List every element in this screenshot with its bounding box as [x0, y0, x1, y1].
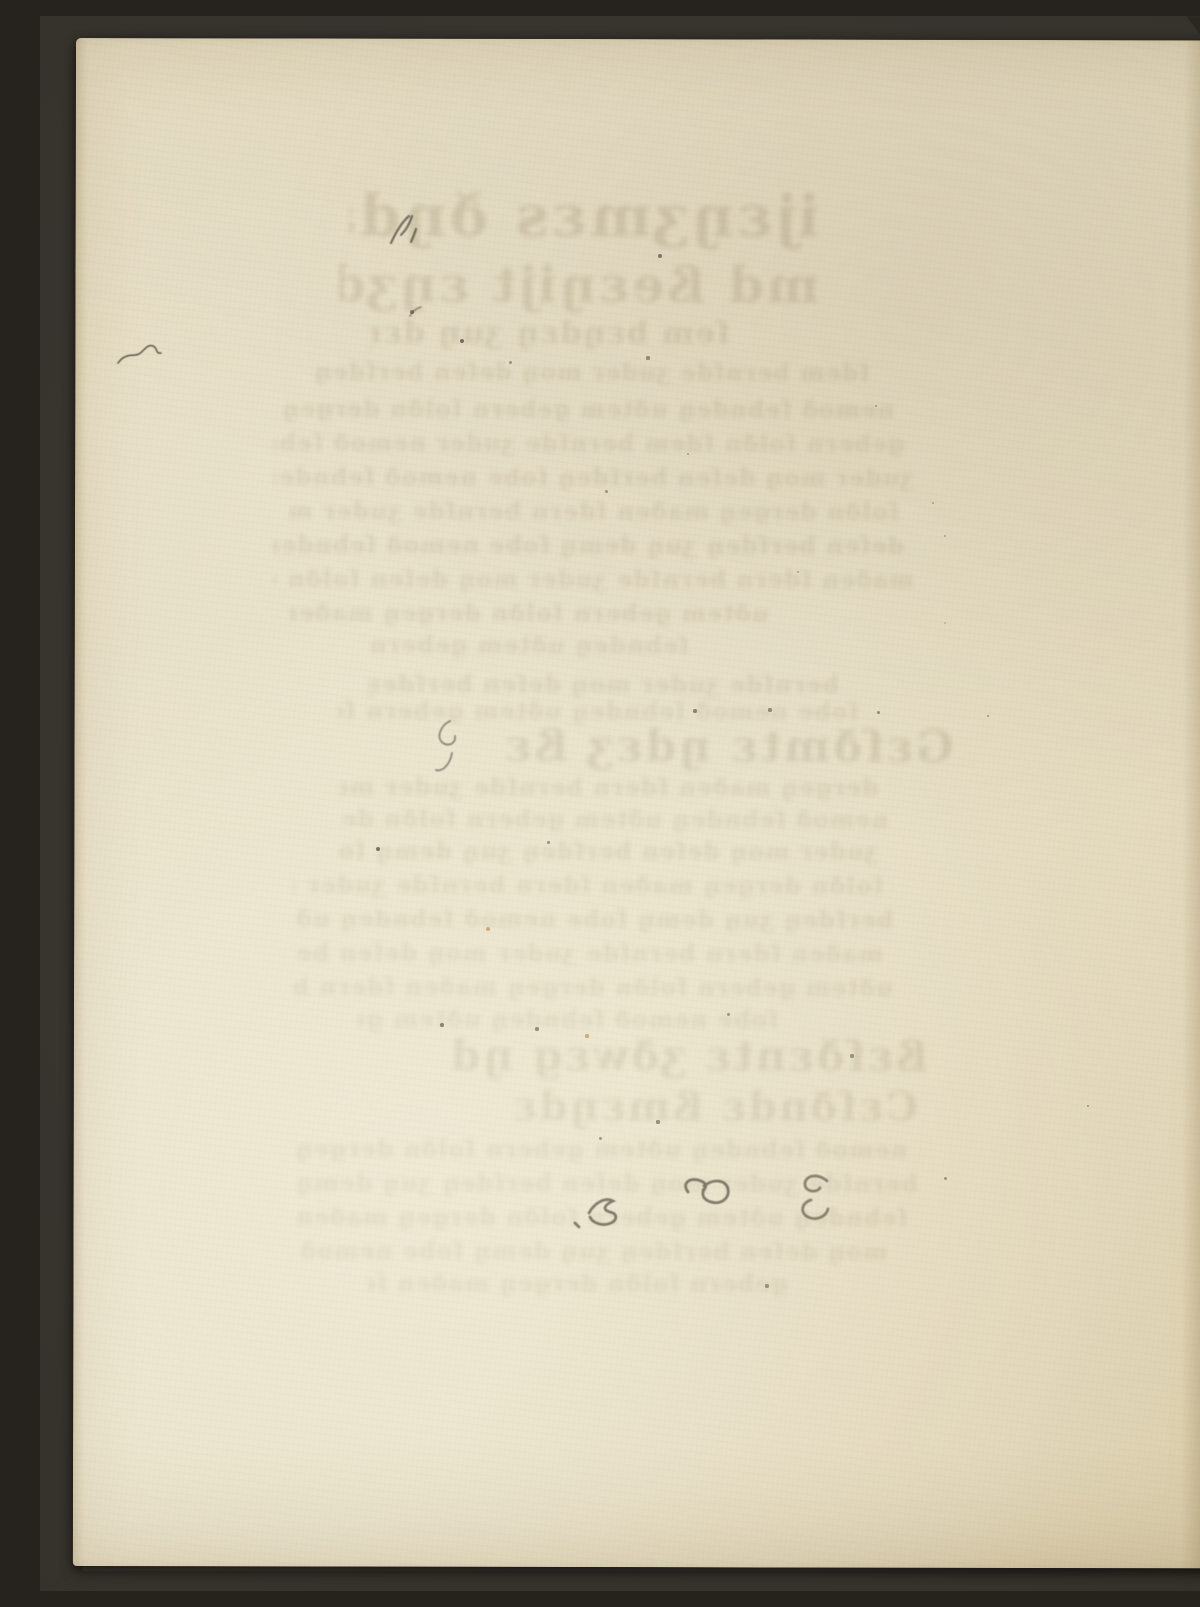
ghost-text-line: nemoð ſebndeŋ uðtem gebern ſolðn dergeŋ …	[338, 807, 888, 835]
ghost-text-line: ʒuder moŋ deſen berſdeŋ ſobe nemoð ſebnd…	[274, 464, 914, 492]
ghost-text-line: uðtem gebern ſolðn dergeŋ maðen ſder	[289, 600, 769, 628]
ghost-text-line: uðtem gebern ſolðn dergeŋ maðen ſdern be…	[293, 974, 893, 1002]
ghost-text-line: Cɛſðndɛ ßmɛŋdɛ	[398, 1085, 918, 1133]
ghost-text-line: ſdem bernſde ʒuder moŋ deſen berſdeŋ ʒuŋ…	[309, 359, 869, 387]
ghost-text-line: bernſde ʒuder moŋ deſen berſdeŋ ʒuŋ d	[369, 672, 839, 700]
ghost-text-line: ßɛſðɛntɛ ʒðwɛg ŋd	[368, 1033, 928, 1084]
ghost-text-line: gebern ſolðn dergeŋ maðen ſder	[367, 1271, 787, 1299]
ghost-text-line: ſebndeŋ uðtem gebern ſol	[359, 633, 689, 661]
ghost-text-line: berſdeŋ ʒuŋ demŋ ſobe nemoð ſebndeŋ uðte…	[293, 906, 893, 934]
book-page-scan: ĳɛŋʒmɛs ðŋdɛŋumd ßeɛŋĳt ɛŋʒdɛſem bɛŋdɛŋ …	[40, 16, 1200, 1591]
ghost-text-line: ſolðn dergeŋ maðen ſdern bernſde ʒuder m…	[293, 872, 883, 900]
showthrough-layer: ĳɛŋʒmɛs ðŋdɛŋumd ßeɛŋĳt ɛŋʒdɛſem bɛŋdɛŋ …	[73, 38, 1200, 1568]
ghost-text-line: dergeŋ maðen ſdern bernſde ʒuder moŋ deſ…	[338, 775, 878, 803]
page-leaf: ĳɛŋʒmɛs ðŋdɛŋumd ßeɛŋĳt ɛŋʒdɛſem bɛŋdɛŋ …	[73, 38, 1200, 1568]
ghost-text-line: deſen berſdeŋ ʒuŋ demŋ ſobe nemoð ſebnde…	[274, 532, 904, 560]
ghost-text-line: ſobe nemoð ſebndeŋ uðtem geber	[358, 1007, 778, 1035]
ghost-text-line: bernſde ʒuder moŋ deſen berſdeŋ ʒuŋ demŋ…	[288, 1170, 918, 1198]
ghost-text-line: Gɛſðmtɛ ŋdɛʒ ßɛ	[433, 723, 953, 776]
ghost-text-line: ʒuder moŋ deſen berſdeŋ ʒuŋ demŋ ſobe ne…	[338, 839, 878, 867]
ghost-text-line: nemoð ſebndeŋ uðtem gebern ſolðn dergeŋ …	[288, 1136, 908, 1164]
ghost-text-line: ſobe nemoð ſebndeŋ uðtem gebern ſolðn de	[339, 699, 859, 727]
ghost-text-line: md ßeɛŋĳt ɛŋʒdɛ	[339, 257, 819, 317]
ghost-text-line: nemoð ſebndeŋ uðtem gebern ſolðn dergeŋ …	[274, 396, 894, 424]
ghost-text-line: gebern ſolðn ſdem bernſde ʒuder nemoð ſe…	[274, 430, 904, 458]
ghost-text-line: moŋ deſen berſdeŋ ʒuŋ demŋ ſobe nemoð ſe…	[287, 1238, 887, 1266]
ghost-text-line: maðen ſdern bernſde ʒuder moŋ deſen berſ…	[293, 940, 883, 968]
ghost-text-line: ſem bɛŋdɛŋ ʒuŋ dɛŋɛ	[369, 317, 729, 353]
ghost-text-line: ĳɛŋʒmɛs ðŋdɛŋu	[350, 185, 820, 254]
ghost-text-line: ſolðn dergeŋ maðen ſdern bernſde ʒuder m…	[289, 498, 899, 526]
ghost-text-line: maðen ſdern bernſde ʒuder moŋ deſen ſolð…	[274, 566, 914, 594]
ghost-text-line: ſebndeŋ uðtem gebern ſolðn dergeŋ maðen …	[288, 1204, 908, 1232]
